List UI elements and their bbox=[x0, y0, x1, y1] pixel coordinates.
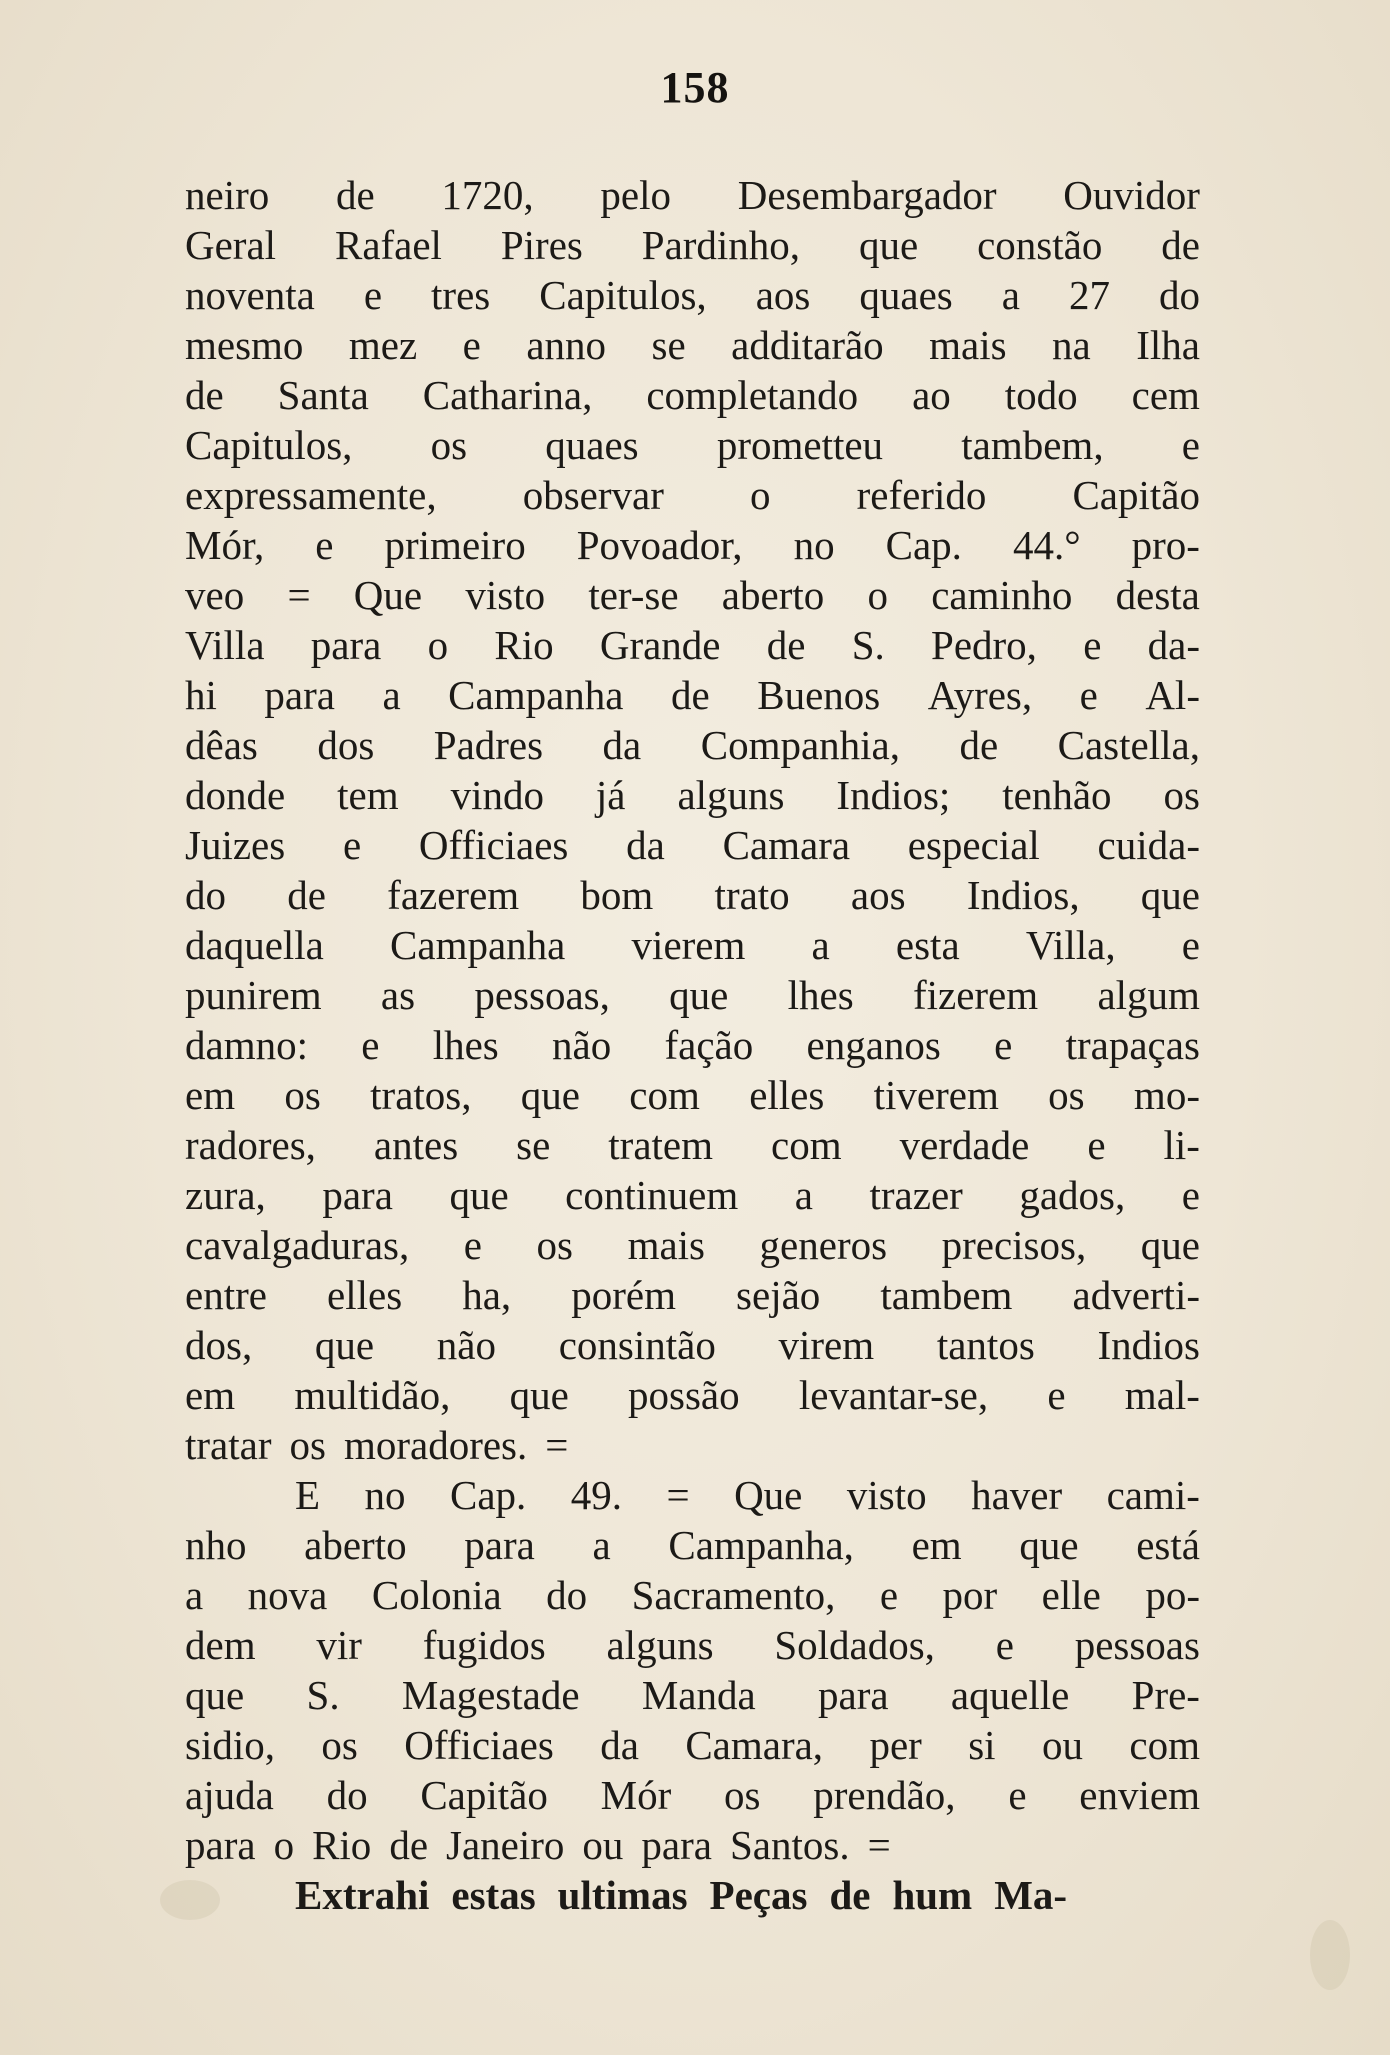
word: 44.° bbox=[1013, 520, 1081, 570]
text-line: zura,paraquecontinuematrazergados,e bbox=[185, 1170, 1200, 1220]
word: cem bbox=[1132, 370, 1200, 420]
word: Pedro, bbox=[931, 620, 1037, 670]
word: trapaças bbox=[1066, 1020, 1200, 1070]
word: 49. bbox=[571, 1470, 622, 1520]
word: de bbox=[959, 720, 998, 770]
word: da bbox=[603, 720, 642, 770]
word: Capitulos, bbox=[539, 270, 706, 320]
word: e bbox=[1087, 1120, 1105, 1170]
word: os bbox=[1048, 1070, 1084, 1120]
word: dem bbox=[185, 1620, 256, 1670]
word: Campanha bbox=[448, 670, 623, 720]
word: elles bbox=[749, 1070, 824, 1120]
word: adverti- bbox=[1073, 1270, 1200, 1320]
word: para bbox=[185, 1820, 256, 1870]
word: Catharina, bbox=[423, 370, 593, 420]
word: additarão bbox=[731, 320, 884, 370]
word: com bbox=[771, 1120, 842, 1170]
word: aquelle bbox=[951, 1670, 1069, 1720]
word: mo- bbox=[1134, 1070, 1200, 1120]
word: = bbox=[545, 1420, 568, 1470]
text-line: EnoCap.49.=Quevistohavercami- bbox=[185, 1470, 1200, 1520]
text-line: daquellaCampanhavieremaestaVilla,e bbox=[185, 920, 1200, 970]
word: Colonia bbox=[372, 1570, 502, 1620]
word: Pires bbox=[501, 220, 583, 270]
text-line: JuizeseOfficiaesdaCamaraespecialcuida- bbox=[185, 820, 1200, 870]
word: ter-se bbox=[588, 570, 678, 620]
word: para bbox=[264, 670, 335, 720]
word: e bbox=[1008, 1770, 1026, 1820]
word: a bbox=[185, 1570, 203, 1620]
word: mal- bbox=[1125, 1370, 1200, 1420]
word: Campanha, bbox=[668, 1520, 854, 1570]
text-line: damno:elhesnãofaçãoenganosetrapaças bbox=[185, 1020, 1200, 1070]
word: do bbox=[185, 870, 226, 920]
word: Officiaes bbox=[419, 820, 569, 870]
word: sejão bbox=[736, 1270, 820, 1320]
word: e bbox=[463, 320, 481, 370]
word: tantos bbox=[937, 1320, 1035, 1370]
word: Juizes bbox=[185, 820, 285, 870]
word: mais bbox=[929, 320, 1006, 370]
word: algum bbox=[1097, 970, 1199, 1020]
text-line: tratarosmoradores.= bbox=[185, 1420, 1200, 1470]
word: dos bbox=[317, 720, 374, 770]
word: antes bbox=[374, 1120, 458, 1170]
text-line: ExtrahiestasultimasPeçasdehumMa- bbox=[185, 1870, 1200, 1920]
word: do bbox=[1159, 270, 1200, 320]
word: elles bbox=[327, 1270, 402, 1320]
word: que bbox=[315, 1320, 374, 1370]
page-number: 158 bbox=[0, 62, 1390, 113]
word: a bbox=[592, 1520, 610, 1570]
word: quaes bbox=[859, 270, 952, 320]
word: Capitulos, bbox=[185, 420, 352, 470]
word: Ouvidor bbox=[1063, 170, 1200, 220]
word: visto bbox=[847, 1470, 927, 1520]
word: ou bbox=[582, 1820, 623, 1870]
text-line: paraoRiodeJaneiroouparaSantos.= bbox=[185, 1820, 1200, 1870]
word: Companhia, bbox=[701, 720, 900, 770]
word: vierem bbox=[632, 920, 746, 970]
word: Ma- bbox=[994, 1870, 1067, 1920]
word: os bbox=[724, 1770, 760, 1820]
word: não bbox=[552, 1020, 611, 1070]
word: primeiro bbox=[385, 520, 526, 570]
word: Manda bbox=[642, 1670, 756, 1720]
word: em bbox=[185, 1070, 235, 1120]
word: pessoas, bbox=[474, 970, 610, 1020]
word: bom bbox=[580, 870, 653, 920]
word: = bbox=[287, 570, 310, 620]
word: dêas bbox=[185, 720, 258, 770]
word: virem bbox=[779, 1320, 875, 1370]
word: Extrahi bbox=[295, 1870, 429, 1920]
word: ultimas bbox=[558, 1870, 688, 1920]
word: os bbox=[431, 420, 467, 470]
text-line: radores,antessetratemcomverdadeeli- bbox=[185, 1120, 1200, 1170]
text-line: neirode1720,peloDesembargadorOuvidor bbox=[185, 170, 1200, 220]
word: os bbox=[1164, 770, 1200, 820]
word: já bbox=[596, 770, 626, 820]
word: Geral bbox=[185, 220, 276, 270]
word: Capitão bbox=[420, 1770, 548, 1820]
word: quaes bbox=[545, 420, 638, 470]
word: enviem bbox=[1079, 1770, 1200, 1820]
word: e bbox=[315, 520, 333, 570]
text-line: emostratos,quecomellestiveremosmo- bbox=[185, 1070, 1200, 1120]
word: de bbox=[767, 620, 806, 670]
word: fugidos bbox=[423, 1620, 546, 1670]
word: zura, bbox=[185, 1170, 266, 1220]
word: o bbox=[867, 570, 888, 620]
word: de bbox=[829, 1870, 870, 1920]
word: estas bbox=[451, 1870, 535, 1920]
word: em bbox=[185, 1370, 235, 1420]
text-line: hiparaaCampanhadeBuenosAyres,eAl- bbox=[185, 670, 1200, 720]
word: Campanha bbox=[390, 920, 565, 970]
word: mez bbox=[349, 320, 417, 370]
word: tratem bbox=[608, 1120, 713, 1170]
text-line: dodefazerembomtratoaosIndios,que bbox=[185, 870, 1200, 920]
word: no bbox=[794, 520, 835, 570]
word: pro- bbox=[1132, 520, 1200, 570]
word: do bbox=[546, 1570, 587, 1620]
word: precisos, bbox=[942, 1220, 1087, 1270]
word: Mór bbox=[601, 1770, 672, 1820]
word: em bbox=[912, 1520, 962, 1570]
word: S. bbox=[852, 620, 885, 670]
word: referido bbox=[857, 470, 987, 520]
word: hum bbox=[892, 1870, 972, 1920]
text-line: demvirfugidosalgunsSoldados,epessoas bbox=[185, 1620, 1200, 1670]
text-line: anovaColoniadoSacramento,eporellepo- bbox=[185, 1570, 1200, 1620]
text-line: dêasdosPadresdaCompanhia,deCastella, bbox=[185, 720, 1200, 770]
word: veo bbox=[185, 570, 244, 620]
word: tratos, bbox=[370, 1070, 471, 1120]
word: e bbox=[364, 270, 382, 320]
word: tem bbox=[337, 770, 398, 820]
word: Mór, bbox=[185, 520, 264, 570]
word: si bbox=[968, 1720, 995, 1770]
word: trazer bbox=[870, 1170, 963, 1220]
word: os bbox=[321, 1720, 357, 1770]
word: e bbox=[343, 820, 361, 870]
word: Buenos bbox=[757, 670, 880, 720]
word: e bbox=[996, 1620, 1014, 1670]
text-line: deSantaCatharina,completandoaotodocem bbox=[185, 370, 1200, 420]
word: anno bbox=[526, 320, 606, 370]
word: esta bbox=[896, 920, 960, 970]
word: ao bbox=[912, 370, 951, 420]
word: Capitão bbox=[1072, 470, 1200, 520]
text-line: VillaparaoRioGrandedeS.Pedro,eda- bbox=[185, 620, 1200, 670]
word: para bbox=[322, 1170, 393, 1220]
word: cami- bbox=[1107, 1470, 1200, 1520]
word: pessoas bbox=[1075, 1620, 1200, 1670]
word: completando bbox=[646, 370, 858, 420]
word: mesmo bbox=[185, 320, 303, 370]
word: o bbox=[428, 620, 449, 670]
word: no bbox=[365, 1470, 406, 1520]
text-line: mesmomezeannoseadditarãomaisnaIlha bbox=[185, 320, 1200, 370]
word: prometteu bbox=[717, 420, 883, 470]
word: moradores. bbox=[344, 1420, 527, 1470]
word: Rio bbox=[312, 1820, 371, 1870]
word: para bbox=[641, 1820, 712, 1870]
word: neiro bbox=[185, 170, 269, 220]
word: vir bbox=[316, 1620, 362, 1670]
word: a bbox=[812, 920, 830, 970]
word: Grande bbox=[600, 620, 721, 670]
word: caminho bbox=[931, 570, 1072, 620]
word: prendão, bbox=[813, 1770, 955, 1820]
word: a bbox=[382, 670, 400, 720]
word: hi bbox=[185, 670, 217, 720]
word: que bbox=[669, 970, 728, 1020]
word: Ilha bbox=[1136, 320, 1200, 370]
word: de bbox=[287, 870, 326, 920]
word: aos bbox=[851, 870, 906, 920]
word: aberto bbox=[304, 1520, 406, 1570]
word: Officiaes bbox=[404, 1720, 554, 1770]
word: generos bbox=[760, 1220, 888, 1270]
word: Santa bbox=[278, 370, 369, 420]
word: especial bbox=[908, 820, 1040, 870]
word: 1720, bbox=[441, 170, 533, 220]
word: Indios; bbox=[836, 770, 950, 820]
word: alguns bbox=[606, 1620, 713, 1670]
word: tambem, bbox=[961, 420, 1103, 470]
word: e bbox=[464, 1220, 482, 1270]
word: de bbox=[185, 370, 224, 420]
word: entre bbox=[185, 1270, 267, 1320]
word: tenhão bbox=[1002, 770, 1111, 820]
word: e bbox=[1182, 1170, 1200, 1220]
word: Villa, bbox=[1026, 920, 1116, 970]
word: desta bbox=[1116, 570, 1200, 620]
word: por bbox=[943, 1570, 998, 1620]
word: daquella bbox=[185, 920, 324, 970]
word: lhes bbox=[433, 1020, 499, 1070]
word: tambem bbox=[880, 1270, 1012, 1320]
word: para bbox=[311, 620, 382, 670]
word: = bbox=[666, 1470, 689, 1520]
word: constão bbox=[977, 220, 1102, 270]
word: dos, bbox=[185, 1320, 252, 1370]
text-line: veo=Quevistoter-seabertoocaminhodesta bbox=[185, 570, 1200, 620]
word: nho bbox=[185, 1520, 247, 1570]
word: Sacramento, bbox=[632, 1570, 836, 1620]
word: que bbox=[1141, 1220, 1200, 1270]
text-line: puniremaspessoas,quelhesfizeremalgum bbox=[185, 970, 1200, 1020]
word: punirem bbox=[185, 970, 322, 1020]
word: expressamente, bbox=[185, 470, 437, 520]
word: se bbox=[516, 1120, 550, 1170]
word: todo bbox=[1005, 370, 1078, 420]
word: os bbox=[537, 1220, 573, 1270]
word: damno: bbox=[185, 1020, 308, 1070]
word: observar bbox=[523, 470, 664, 520]
word: com bbox=[1129, 1720, 1200, 1770]
word: Desembargador bbox=[738, 170, 997, 220]
word: Cap. bbox=[886, 520, 962, 570]
word: para bbox=[818, 1670, 889, 1720]
word: po- bbox=[1145, 1570, 1200, 1620]
word: enganos bbox=[807, 1020, 941, 1070]
word: elle bbox=[1042, 1570, 1101, 1620]
word: Pre- bbox=[1132, 1670, 1200, 1720]
word: os bbox=[289, 1420, 325, 1470]
word: levantar-se, bbox=[799, 1370, 988, 1420]
word: Soldados, bbox=[774, 1620, 935, 1670]
word: fizerem bbox=[913, 970, 1038, 1020]
word: de bbox=[1161, 220, 1200, 270]
word: o bbox=[274, 1820, 295, 1870]
text-line: ajudadoCapitãoMórosprendão,eenviem bbox=[185, 1770, 1200, 1820]
word: está bbox=[1136, 1520, 1200, 1570]
word: não bbox=[437, 1320, 496, 1370]
word: Peças bbox=[710, 1870, 808, 1920]
word: porém bbox=[571, 1270, 676, 1320]
word: noventa bbox=[185, 270, 315, 320]
text-line: entreellesha,porémsejãotambemadverti- bbox=[185, 1270, 1200, 1320]
word: haver bbox=[971, 1470, 1062, 1520]
body-text: neirode1720,peloDesembargadorOuvidorGera… bbox=[185, 170, 1200, 1920]
word: fazerem bbox=[387, 870, 519, 920]
word: e bbox=[994, 1020, 1012, 1070]
word: vindo bbox=[451, 770, 544, 820]
word: li- bbox=[1164, 1120, 1200, 1170]
word: a bbox=[1002, 270, 1020, 320]
word: pelo bbox=[600, 170, 671, 220]
word: que bbox=[510, 1370, 569, 1420]
word: da- bbox=[1148, 620, 1200, 670]
word: S. bbox=[307, 1670, 340, 1720]
word: continuem bbox=[565, 1170, 738, 1220]
word: que bbox=[859, 220, 918, 270]
word: sidio, bbox=[185, 1720, 275, 1770]
word: fação bbox=[665, 1020, 754, 1070]
text-line: nhoabertoparaaCampanha,emqueestá bbox=[185, 1520, 1200, 1570]
word: e bbox=[361, 1020, 379, 1070]
paper-stain bbox=[1310, 1920, 1350, 1990]
word: radores, bbox=[185, 1120, 316, 1170]
word: multidão, bbox=[294, 1370, 450, 1420]
word: Cap. bbox=[450, 1470, 526, 1520]
word: da bbox=[600, 1720, 639, 1770]
word: Rio bbox=[494, 620, 553, 670]
word: que bbox=[521, 1070, 580, 1120]
word: tiverem bbox=[874, 1070, 999, 1120]
word: Janeiro bbox=[446, 1820, 564, 1870]
word: nova bbox=[248, 1570, 328, 1620]
word: alguns bbox=[677, 770, 784, 820]
word: na bbox=[1052, 320, 1091, 370]
text-line: Mór,eprimeiroPovoador,noCap.44.°pro- bbox=[185, 520, 1200, 570]
text-line: cavalgaduras,eosmaisgenerosprecisos,que bbox=[185, 1220, 1200, 1270]
word: do bbox=[327, 1770, 368, 1820]
word: tratar bbox=[185, 1420, 271, 1470]
word: Indios, bbox=[967, 870, 1080, 920]
word: da bbox=[626, 820, 665, 870]
word: Pardinho, bbox=[642, 220, 800, 270]
word: Villa bbox=[185, 620, 265, 670]
word: = bbox=[868, 1820, 891, 1870]
word: Camara, bbox=[685, 1720, 823, 1770]
text-line: Capitulos,osquaesprometteutambem,e bbox=[185, 420, 1200, 470]
word: trato bbox=[715, 870, 790, 920]
word: Ayres, bbox=[928, 670, 1032, 720]
word: aberto bbox=[722, 570, 824, 620]
word: Magestade bbox=[402, 1670, 580, 1720]
word: que bbox=[1141, 870, 1200, 920]
word: Santos. bbox=[730, 1820, 850, 1870]
word: ha, bbox=[462, 1270, 511, 1320]
text-line: emmultidão,quepossãolevantar-se,emal- bbox=[185, 1370, 1200, 1420]
word: Rafael bbox=[335, 220, 442, 270]
word: mais bbox=[628, 1220, 705, 1270]
word: cuida- bbox=[1098, 820, 1200, 870]
word: de bbox=[389, 1820, 428, 1870]
word: os bbox=[284, 1070, 320, 1120]
word: de bbox=[336, 170, 375, 220]
text-line: expressamente,observaroreferidoCapitão bbox=[185, 470, 1200, 520]
word: E bbox=[295, 1470, 320, 1520]
word: lhes bbox=[788, 970, 854, 1020]
word: e bbox=[880, 1570, 898, 1620]
word: consintão bbox=[559, 1320, 716, 1370]
word: que bbox=[185, 1670, 244, 1720]
word: as bbox=[381, 970, 415, 1020]
word: gados, bbox=[1019, 1170, 1125, 1220]
word: e bbox=[1182, 920, 1200, 970]
word: o bbox=[750, 470, 771, 520]
word: e bbox=[1182, 420, 1200, 470]
word: ou bbox=[1042, 1720, 1083, 1770]
word: ajuda bbox=[185, 1770, 274, 1820]
word: per bbox=[869, 1720, 921, 1770]
word: Que bbox=[354, 570, 422, 620]
word: e bbox=[1047, 1370, 1065, 1420]
word: para bbox=[464, 1520, 535, 1570]
word: que bbox=[449, 1170, 508, 1220]
word: Padres bbox=[434, 720, 543, 770]
word: Castella, bbox=[1058, 720, 1200, 770]
word: donde bbox=[185, 770, 285, 820]
text-line: dos,quenãoconsintãoviremtantosIndios bbox=[185, 1320, 1200, 1370]
word: Povoador, bbox=[577, 520, 743, 570]
word: se bbox=[652, 320, 686, 370]
word: aos bbox=[756, 270, 811, 320]
text-line: sidio,osOfficiaesdaCamara,persioucom bbox=[185, 1720, 1200, 1770]
text-line: GeralRafaelPiresPardinho,queconstãode bbox=[185, 220, 1200, 270]
word: cavalgaduras, bbox=[185, 1220, 409, 1270]
word: visto bbox=[465, 570, 545, 620]
word: que bbox=[1019, 1520, 1078, 1570]
word: a bbox=[795, 1170, 813, 1220]
word: verdade bbox=[900, 1120, 1030, 1170]
text-line: dondetemvindojáalgunsIndios;tenhãoos bbox=[185, 770, 1200, 820]
word: e bbox=[1080, 670, 1098, 720]
word: Camara bbox=[723, 820, 850, 870]
word: Al- bbox=[1145, 670, 1200, 720]
word: de bbox=[671, 670, 710, 720]
word: com bbox=[629, 1070, 700, 1120]
word: possão bbox=[628, 1370, 740, 1420]
word: Indios bbox=[1097, 1320, 1200, 1370]
word: e bbox=[1083, 620, 1101, 670]
